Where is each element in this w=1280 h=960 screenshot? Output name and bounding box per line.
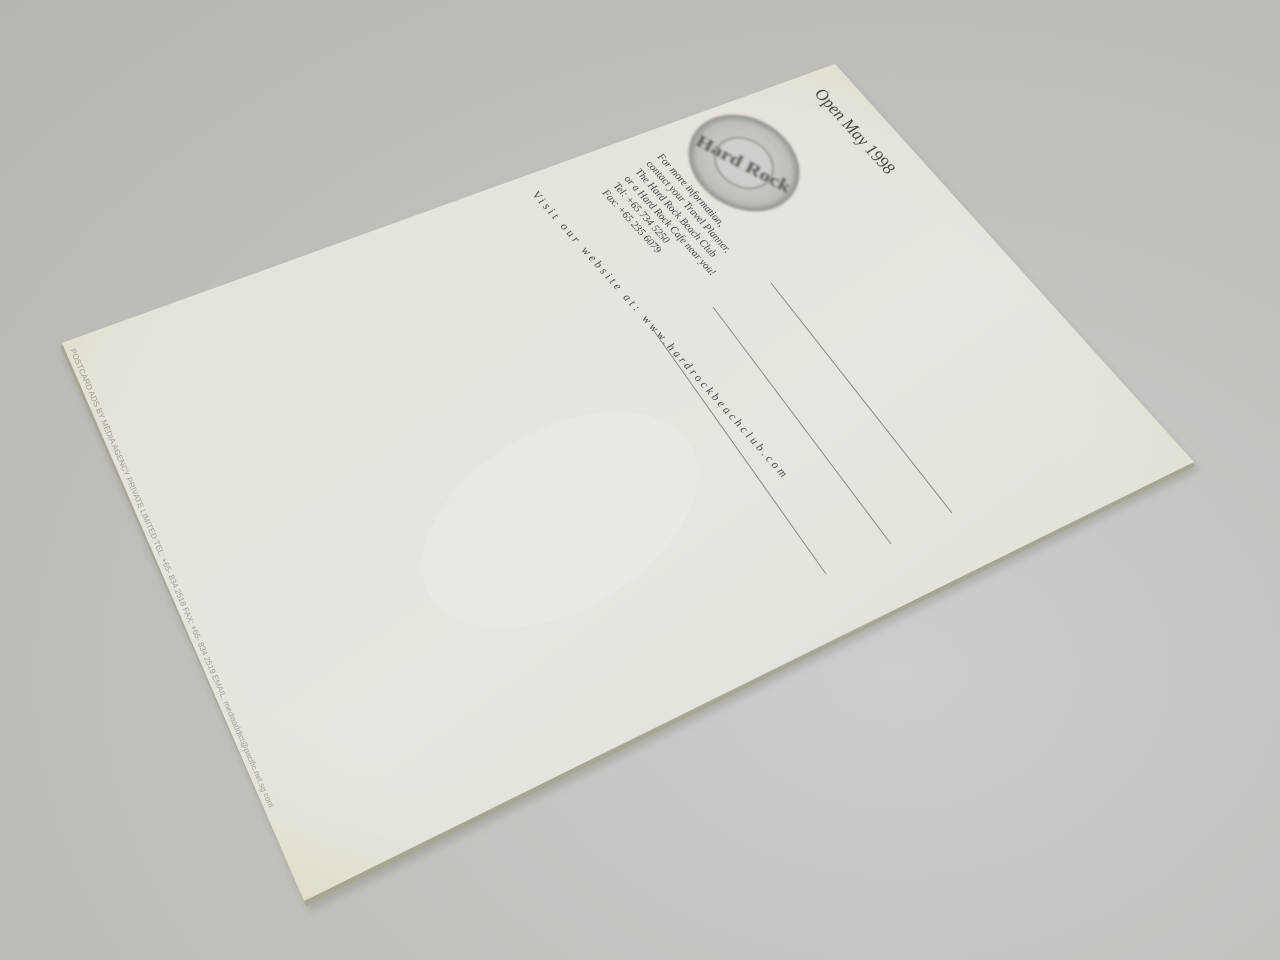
photo-scene: Open May 1998 Hard Rock For more informa… bbox=[0, 0, 1280, 960]
